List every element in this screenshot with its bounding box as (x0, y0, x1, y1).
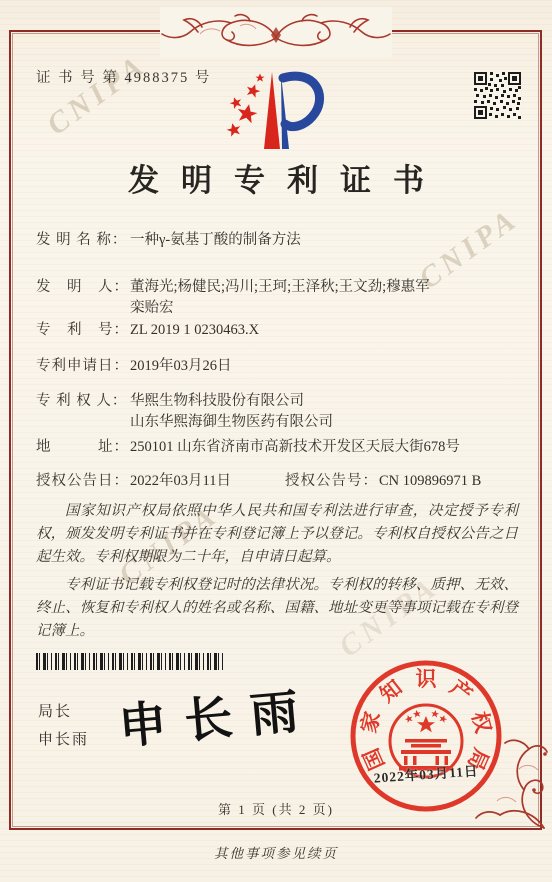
official-seal-icon: 国 家 知 识 产 权 局 (347, 657, 505, 815)
seal-char: 家 (357, 709, 385, 735)
certificate-title: 发明专利证书 (0, 155, 552, 200)
field-label: 发 明 人： (36, 277, 130, 319)
field-address: 地 址： 250101 山东省济南市高新技术开发区天辰大街678号 (36, 437, 460, 458)
field-label: 地 址： (36, 437, 130, 458)
field-value: 2022年03月11日 (130, 471, 231, 492)
field-patent-number: 专 利 号： ZL 2019 1 0230463.X (36, 320, 259, 341)
field-inventors: 发 明 人： 董海光;杨健民;冯川;王珂;王泽秋;王文劲;穆惠军 栾贻宏 (36, 277, 430, 319)
field-value: ZL 2019 1 0230463.X (130, 320, 259, 341)
inventors-line-1: 董海光;杨健民;冯川;王珂;王泽秋;王文劲;穆惠军 (130, 277, 430, 298)
field-label: 授权公告号： (285, 471, 379, 492)
legal-paragraph-1: 国家知识产权局依照中华人民共和国专利法进行审查，决定授予专利权，颁发发明专利证书… (36, 500, 518, 569)
field-value: 2019年03月26日 (130, 356, 232, 377)
signer-name: 申长雨 (38, 728, 89, 749)
cnipa-logo-icon (219, 69, 329, 154)
qr-code (474, 72, 521, 119)
field-value: 250101 山东省济南市高新技术开发区天辰大街678号 (130, 437, 460, 458)
field-value: 董海光;杨健民;冯川;王珂;王泽秋;王文劲;穆惠军 栾贻宏 (130, 277, 430, 319)
seal-char: 权 (467, 709, 496, 736)
field-value: 华熙生物科技股份有限公司 山东华熙海御生物医药有限公司 (130, 391, 333, 433)
field-label: 专 利 权 人： (36, 391, 130, 433)
seal-char: 识 (416, 667, 438, 691)
certificate-number: 证 书 号 第 4988375 号 (36, 66, 211, 87)
field-value: 一种γ-氨基丁酸的制备方法 (130, 230, 301, 251)
field-label: 授权公告日： (36, 471, 130, 492)
top-flourish-ornament-icon (160, 7, 392, 57)
logo-red-wedge (264, 72, 280, 149)
patentee-line-2: 山东华熙海御生物医药有限公司 (130, 412, 333, 433)
field-value: CN 109896971 B (379, 471, 481, 492)
field-filing-date: 专利申请日： 2019年03月26日 (36, 356, 232, 377)
barcode (36, 653, 223, 670)
legal-paragraph-2: 专利证书记载专利权登记时的法律状况。专利权的转移、质押、无效、终止、恢复和专利权… (36, 574, 518, 643)
continuation-note: 其他事项参见续页 (0, 842, 552, 862)
field-invention-name: 发 明 名 称： 一种γ-氨基丁酸的制备方法 (36, 230, 301, 251)
field-label: 发 明 名 称： (36, 230, 130, 251)
signer-title: 局长 (38, 700, 72, 721)
inventors-line-2: 栾贻宏 (130, 298, 430, 319)
legal-text: 国家知识产权局依照中华人民共和国专利法进行审查，决定授予专利权，颁发发明专利证书… (36, 500, 518, 648)
logo-blue-stem (281, 74, 289, 149)
logo-blue-bowl (283, 76, 320, 126)
field-grant-number: 授权公告号： CN 109896971 B (285, 471, 481, 492)
field-label: 专利申请日： (36, 356, 130, 377)
field-label: 专 利 号： (36, 320, 130, 341)
patentee-line-1: 华熙生物科技股份有限公司 (130, 391, 333, 412)
field-patentee: 专 利 权 人： 华熙生物科技股份有限公司 山东华熙海御生物医药有限公司 (36, 391, 333, 433)
field-grant-date: 授权公告日： 2022年03月11日 (36, 471, 231, 492)
page-number: 第 1 页 (共 2 页) (0, 799, 552, 818)
